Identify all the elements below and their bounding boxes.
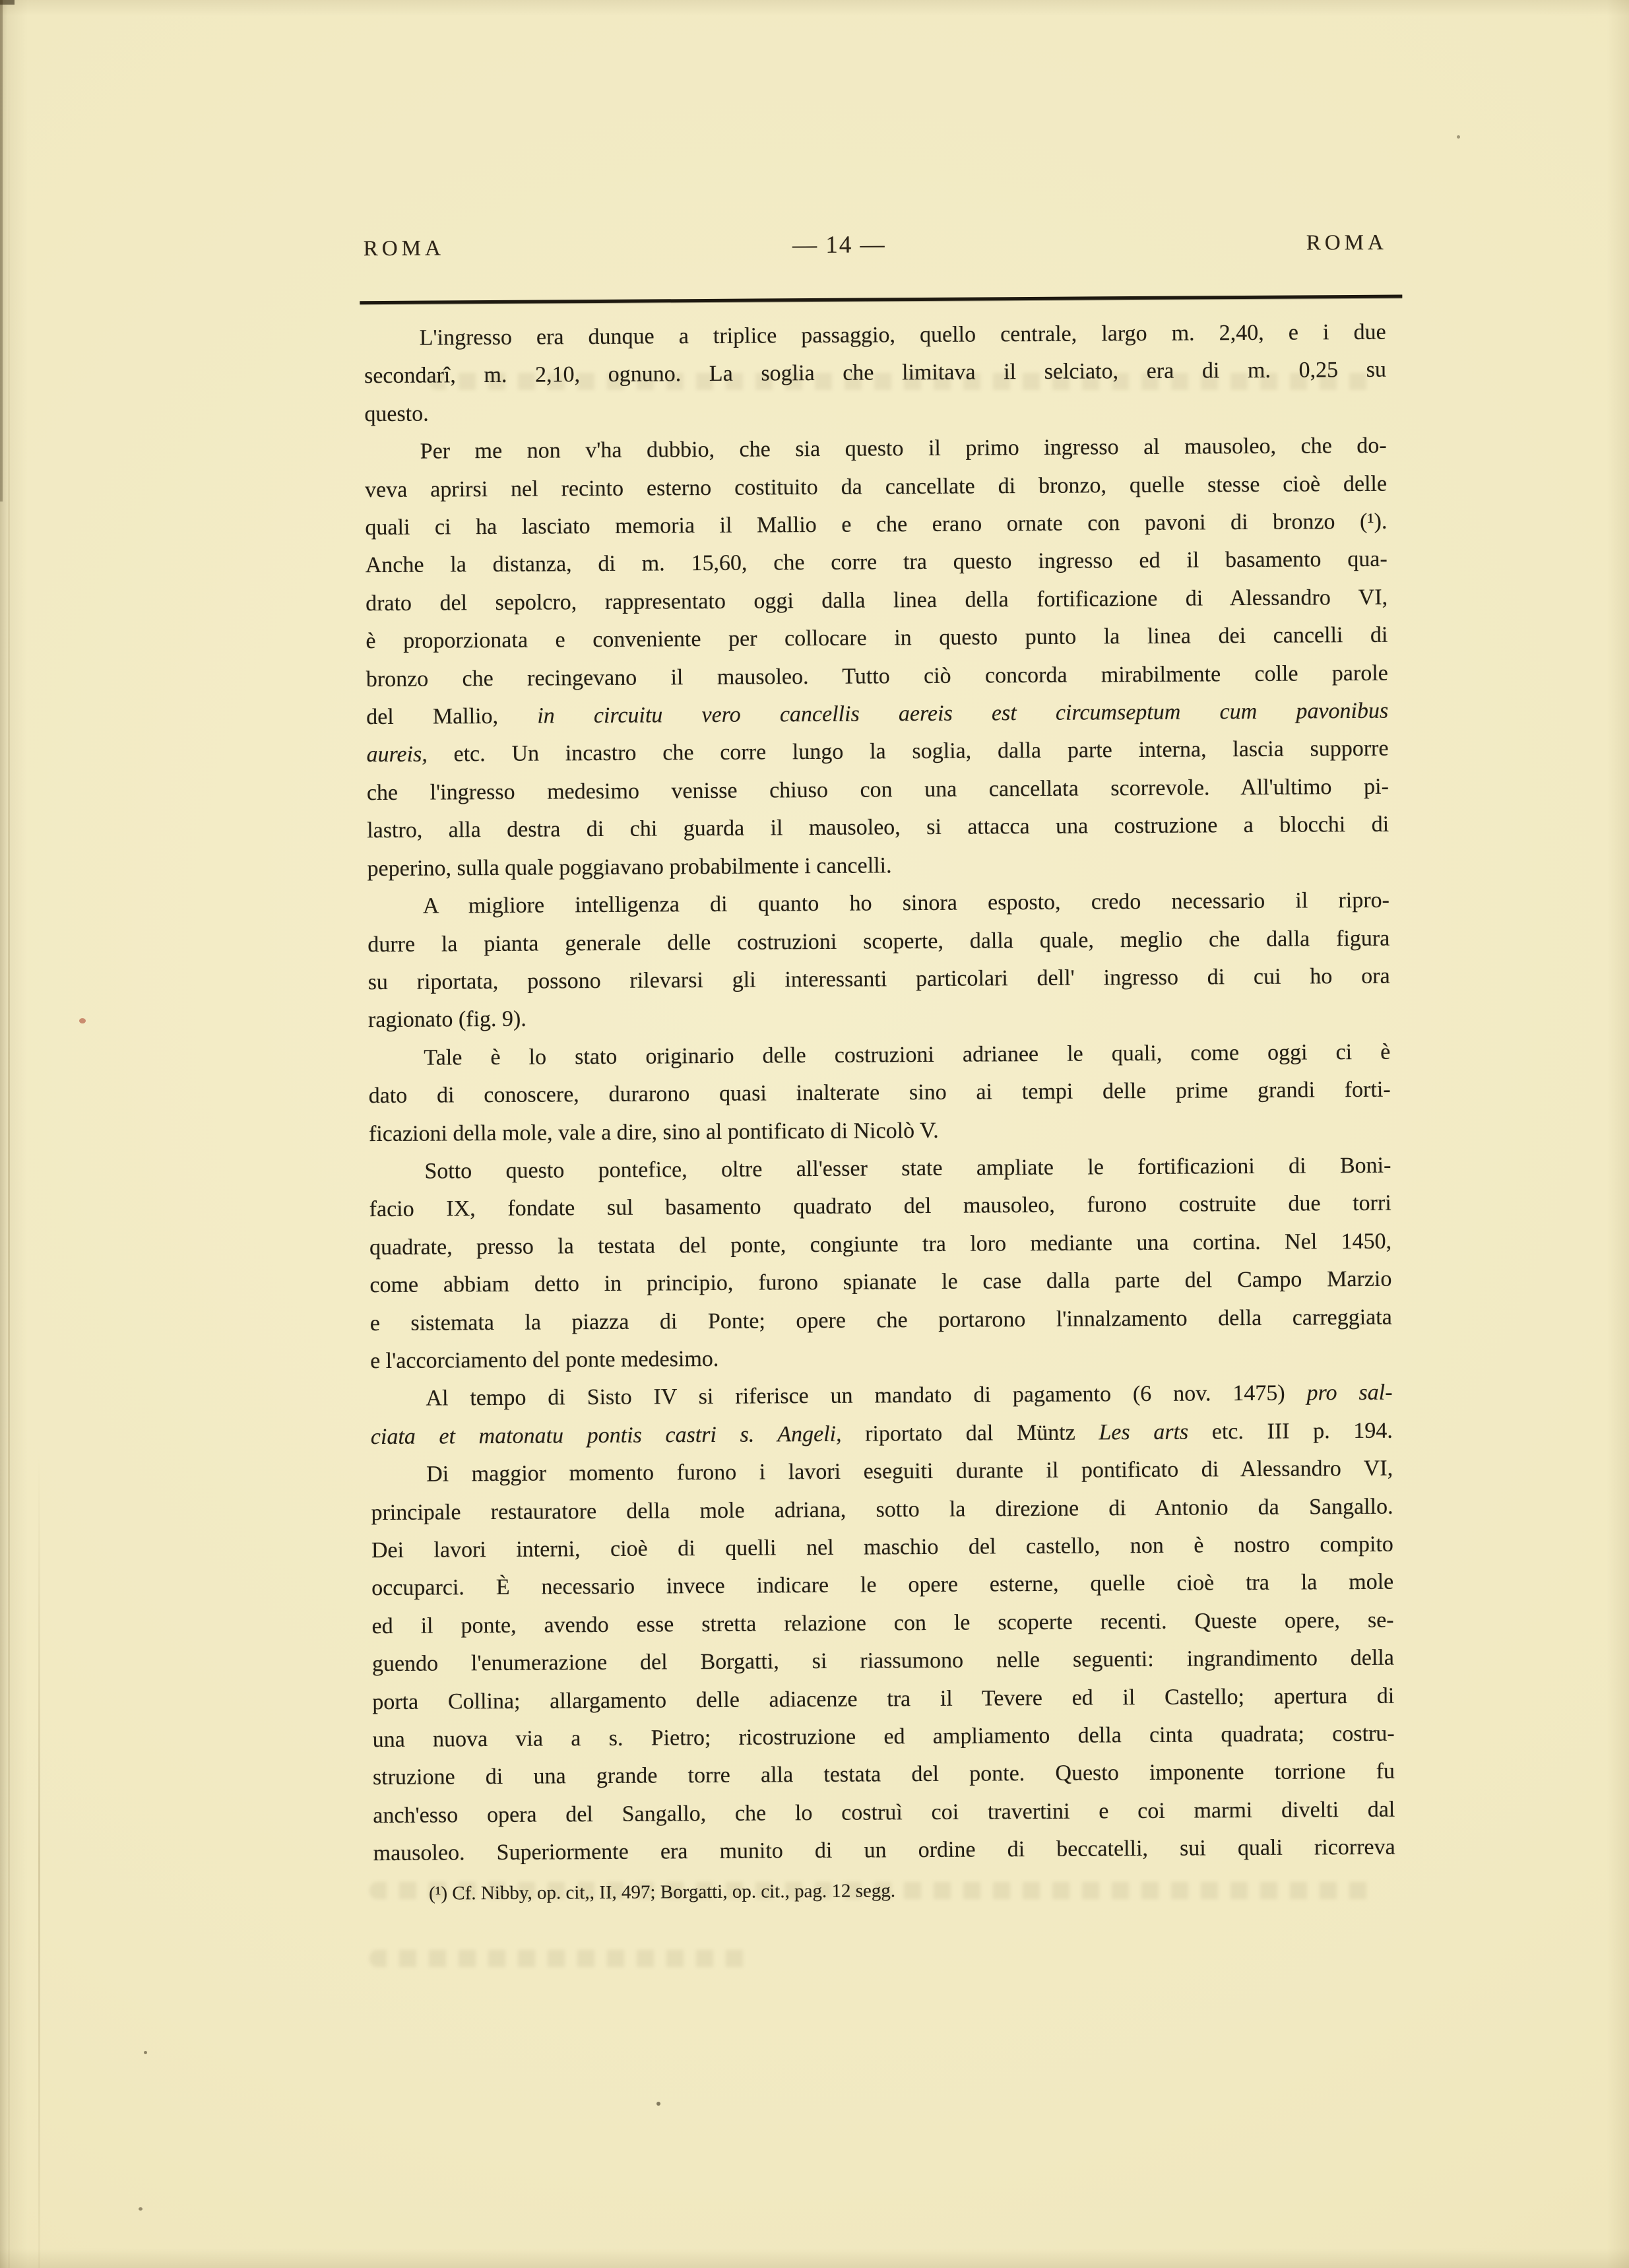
- text-line: durre la pianta generale delle costruzio…: [367, 919, 1389, 963]
- text-segment: anch'esso opera del Sangallo, che lo cos…: [373, 1797, 1395, 1827]
- text-segment: etc. Un incastro che corre lungo la sogl…: [428, 736, 1389, 767]
- italic-text: aureis,: [366, 742, 427, 767]
- header-rule: [360, 295, 1402, 305]
- text-line: ragionato (fig. 9).: [368, 995, 1390, 1039]
- text-line: Tale è lo stato originario delle costruz…: [368, 1033, 1390, 1077]
- paragraph: Sotto questo pontefice, oltre all'esser …: [369, 1147, 1392, 1380]
- text-segment: quadrate, presso la testata del ponte, c…: [369, 1229, 1391, 1259]
- text-segment: facio IX, fondate sul basamento quadrato…: [369, 1191, 1391, 1221]
- text-segment: bronzo che recingevano il mausoleo. Tutt…: [366, 661, 1388, 691]
- text-line: bronzo che recingevano il mausoleo. Tutt…: [366, 654, 1388, 698]
- text-line: occuparci. È necessario invece indicare …: [371, 1563, 1393, 1607]
- text-segment: mausoleo. Superiormente era munito di un…: [373, 1835, 1395, 1865]
- text-segment: dato di conoscere, durarono quasi inalte…: [369, 1078, 1391, 1108]
- text-segment: Anche la distanza, di m. 15,60, che corr…: [366, 547, 1388, 577]
- text-segment: durre la pianta generale delle costruzio…: [367, 926, 1389, 956]
- text-line: veva aprirsi nel recinto esterno costitu…: [365, 465, 1387, 509]
- italic-text: pro sal-: [1306, 1380, 1392, 1406]
- text-line: su riportata, possono rilevarsi gli inte…: [367, 957, 1389, 1002]
- text-segment: occuparci. È necessario invece indicare …: [371, 1570, 1393, 1600]
- running-head-right: ROMA: [1306, 231, 1388, 256]
- text-segment: Al tempo di Sisto IV si riferisce un man…: [426, 1381, 1306, 1411]
- text-segment: ficazioni della mole, vale a dire, sino …: [369, 1118, 939, 1146]
- text-line: guendo l'enumerazione del Borgatti, si r…: [372, 1639, 1394, 1683]
- paragraph: Per me non v'ha dubbio, che sia questo i…: [365, 427, 1389, 888]
- text-segment: principale restauratore della mole adria…: [371, 1494, 1393, 1524]
- text-segment: porta Collina; allargamento delle adiace…: [372, 1683, 1394, 1714]
- text-line: porta Collina; allargamento delle adiace…: [372, 1677, 1394, 1721]
- text-line: aureis, etc. Un incastro che corre lungo…: [366, 730, 1388, 774]
- text-line: Dei lavori interni, cioè di quelli nel m…: [371, 1526, 1393, 1570]
- text-line: L'ingresso era dunque a triplice passagg…: [364, 313, 1386, 358]
- text-segment: lastro, alla destra di chi guarda il mau…: [367, 812, 1389, 843]
- text-line: anch'esso opera del Sangallo, che lo cos…: [373, 1790, 1395, 1834]
- text-segment: una nuova via a s. Pietro; ricostruzione…: [373, 1722, 1395, 1752]
- text-line: Per me non v'ha dubbio, che sia questo i…: [365, 427, 1387, 471]
- text-segment: quali ci ha lasciato memoria il Mallio e…: [365, 509, 1387, 540]
- text-segment: riportato dal Müntz: [841, 1420, 1099, 1446]
- text-line: del Mallio, in circuitu vero cancellis a…: [366, 692, 1388, 736]
- italic-text: ciata et matonatu pontis castri s. Angel…: [371, 1422, 842, 1449]
- text-segment: Di maggior momento furono i lavori esegu…: [426, 1456, 1393, 1487]
- text-segment: Per me non v'ha dubbio, che sia questo i…: [420, 434, 1387, 464]
- page-content: ROMA — 14 — ROMA L'ingresso era dunque a…: [0, 0, 1629, 2268]
- text-line: facio IX, fondate sul basamento quadrato…: [369, 1184, 1391, 1229]
- text-segment: ragionato (fig. 9).: [368, 1007, 527, 1032]
- text-segment: che l'ingresso medesimo venisse chiuso c…: [367, 775, 1389, 805]
- text-segment: veva aprirsi nel recinto esterno costitu…: [365, 471, 1387, 502]
- scan-corner-mark: [0, 0, 15, 5]
- paragraph: Di maggior momento furono i lavori esegu…: [371, 1450, 1395, 1873]
- text-line: è proporzionata e conveniente per colloc…: [366, 616, 1388, 661]
- text-line: lastro, alla destra di chi guarda il mau…: [367, 806, 1389, 850]
- text-segment: è proporzionata e conveniente per colloc…: [366, 623, 1388, 653]
- text-segment: ed il ponte, avendo esse stretta relazio…: [371, 1607, 1393, 1638]
- text-line: Di maggior momento furono i lavori esegu…: [371, 1450, 1393, 1494]
- text-segment: peperino, sulla quale poggiavano probabi…: [367, 853, 891, 881]
- page-number: — 14 —: [792, 230, 886, 259]
- italic-text: Les arts: [1099, 1419, 1188, 1444]
- text-line: mausoleo. Superiormente era munito di un…: [373, 1829, 1395, 1873]
- paragraph: L'ingresso era dunque a triplice passagg…: [364, 313, 1386, 434]
- text-line: Anche la distanza, di m. 15,60, che corr…: [366, 540, 1388, 585]
- paragraph: Al tempo di Sisto IV si riferisce un man…: [370, 1374, 1393, 1456]
- text-line: Sotto questo pontefice, oltre all'esser …: [369, 1147, 1391, 1191]
- text-line: peperino, sulla quale poggiavano probabi…: [367, 843, 1389, 888]
- paragraph: A migliore intelligenza di quanto ho sin…: [367, 882, 1390, 1039]
- text-segment: L'ingresso era dunque a triplice passagg…: [420, 320, 1386, 350]
- text-segment: Tale è lo stato originario delle costruz…: [424, 1039, 1390, 1070]
- text-segment: come abbiam detto in principio, furono s…: [369, 1267, 1391, 1297]
- text-segment: questo.: [364, 401, 429, 426]
- paragraph: Tale è lo stato originario delle costruz…: [368, 1033, 1391, 1153]
- text-line: questo.: [364, 389, 1386, 434]
- text-segment: su riportata, possono rilevarsi gli inte…: [368, 964, 1390, 994]
- text-line: secondarî, m. 2,10, ognuno. La soglia ch…: [364, 351, 1386, 395]
- running-head: ROMA — 14 — ROMA: [364, 228, 1388, 262]
- text-segment: struzione di una grande torre alla testa…: [373, 1759, 1395, 1790]
- text-segment: secondarî, m. 2,10, ognuno. La soglia ch…: [364, 358, 1386, 388]
- footnote: (¹) Cf. Nibby, op. cit,, II, 497; Borgat…: [373, 1875, 1395, 1907]
- text-line: drato del sepolcro, rappresentato oggi d…: [366, 579, 1388, 623]
- text-line: una nuova via a s. Pietro; ricostruzione…: [372, 1715, 1394, 1759]
- text-line: come abbiam detto in principio, furono s…: [369, 1260, 1391, 1305]
- text-segment: Sotto questo pontefice, oltre all'esser …: [424, 1153, 1391, 1184]
- text-segment: e sistemata la piazza di Ponte; opere ch…: [370, 1305, 1392, 1335]
- text-line: e sistemata la piazza di Ponte; opere ch…: [370, 1298, 1392, 1342]
- text-line: e l'accorciamento del ponte medesimo.: [370, 1336, 1392, 1380]
- body-text: L'ingresso era dunque a triplice passagg…: [364, 313, 1395, 1873]
- text-segment: A migliore intelligenza di quanto ho sin…: [423, 888, 1389, 919]
- text-segment: drato del sepolcro, rappresentato oggi d…: [366, 585, 1388, 616]
- text-line: struzione di una grande torre alla testa…: [373, 1753, 1395, 1797]
- text-segment: guendo l'enumerazione del Borgatti, si r…: [372, 1646, 1394, 1676]
- text-line: ed il ponte, avendo esse stretta relazio…: [371, 1601, 1393, 1645]
- text-segment: Dei lavori interni, cioè di quelli nel m…: [371, 1532, 1393, 1563]
- text-line: Al tempo di Sisto IV si riferisce un man…: [370, 1374, 1392, 1418]
- running-head-left: ROMA: [364, 236, 445, 261]
- text-line: ficazioni della mole, vale a dire, sino …: [369, 1109, 1391, 1153]
- text-segment: del Mallio,: [366, 704, 537, 730]
- italic-text: in circuitu vero cancellis aereis est ci…: [537, 699, 1388, 729]
- text-segment: etc. III p. 194.: [1188, 1418, 1393, 1444]
- scanned-page: ROMA — 14 — ROMA L'ingresso era dunque a…: [0, 0, 1629, 2268]
- text-line: quali ci ha lasciato memoria il Mallio e…: [365, 503, 1387, 547]
- text-line: dato di conoscere, durarono quasi inalte…: [369, 1071, 1391, 1115]
- text-line: A migliore intelligenza di quanto ho sin…: [367, 882, 1389, 926]
- text-line: quadrate, presso la testata del ponte, c…: [369, 1222, 1391, 1266]
- text-line: ciata et matonatu pontis castri s. Angel…: [371, 1411, 1393, 1456]
- text-segment: e l'accorciamento del ponte medesimo.: [370, 1347, 719, 1373]
- text-line: che l'ingresso medesimo venisse chiuso c…: [367, 768, 1389, 812]
- text-line: principale restauratore della mole adria…: [371, 1487, 1393, 1532]
